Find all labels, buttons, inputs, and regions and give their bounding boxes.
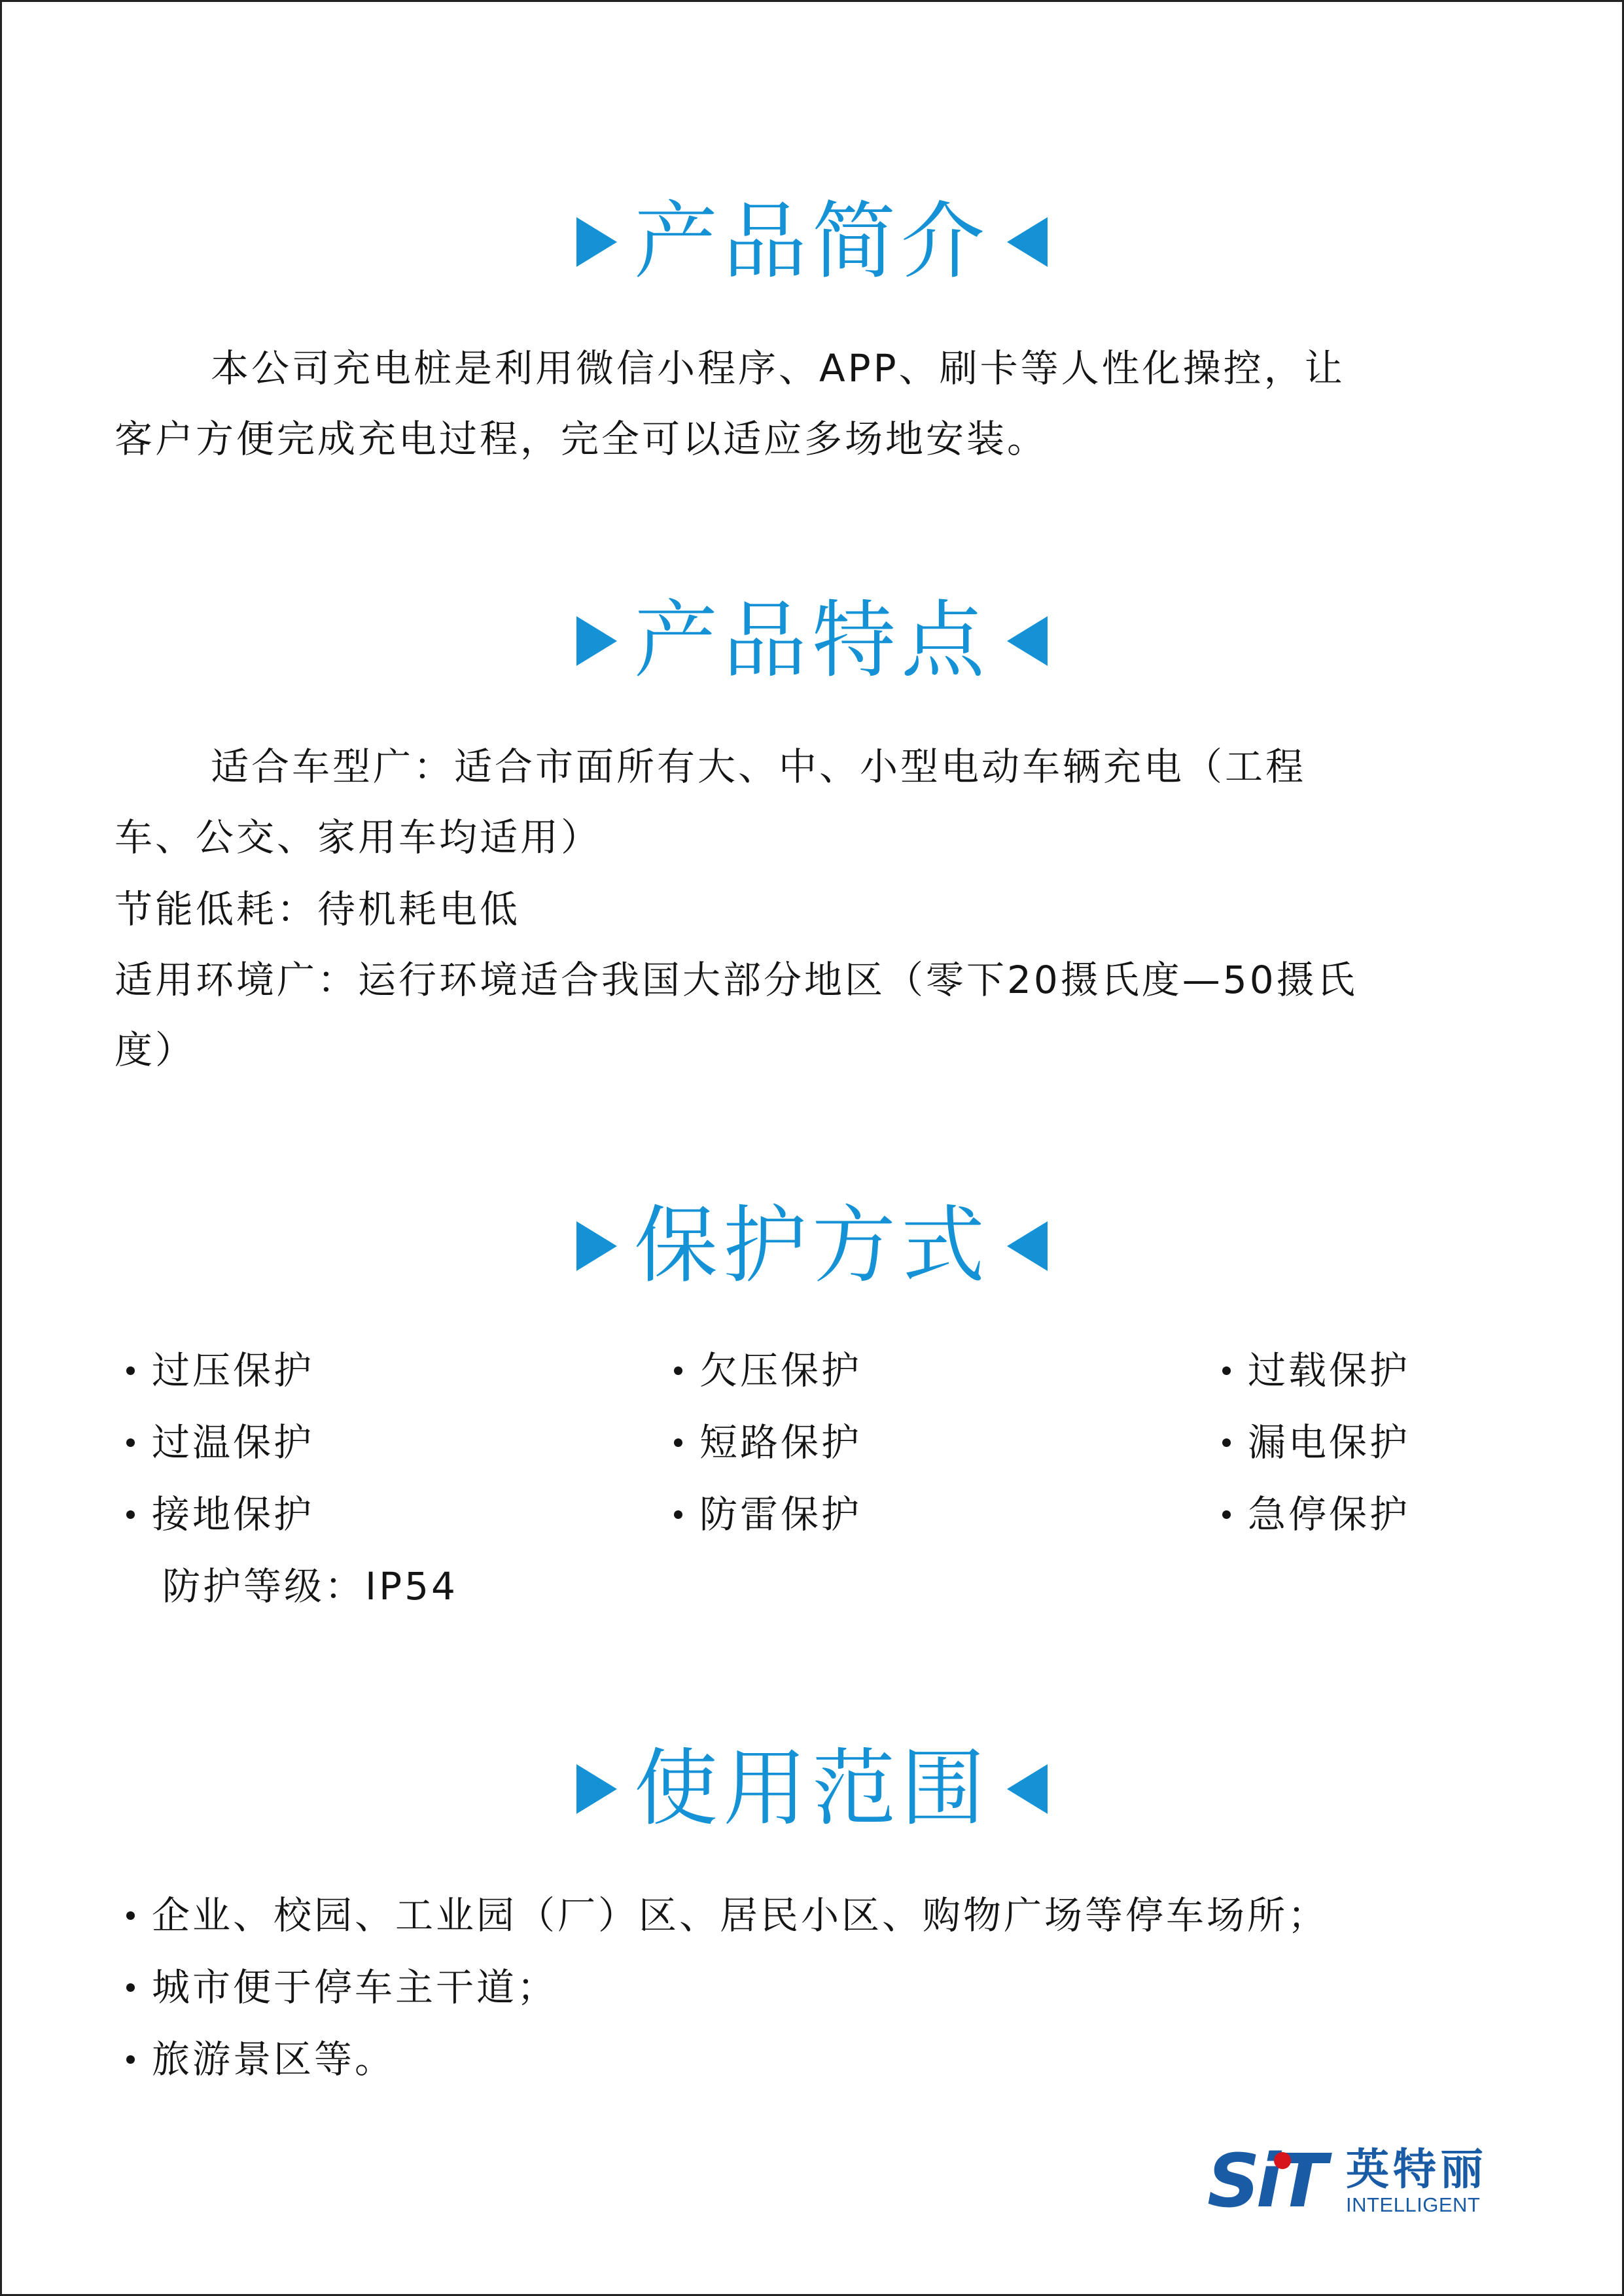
page-border [0, 0, 1624, 2296]
features-line-1: 适合车型广：适合市面所有大、中、小型电动车辆充电（工程 [211, 744, 1306, 790]
usage-item: 城市便于停车主干道； [126, 1964, 557, 2010]
triangle-right-icon [576, 1764, 617, 1814]
triangle-left-icon [1007, 1764, 1048, 1814]
features-line-5: 度） [115, 1027, 196, 1073]
section-heading-protection: 保护方式 [0, 1197, 1624, 1295]
protection-item: 过载保护 [1222, 1348, 1410, 1393]
protection-item: 欠压保护 [674, 1348, 862, 1393]
triangle-right-icon [576, 616, 617, 666]
intro-line-1: 本公司充电桩是利用微信小程序、APP、刷卡等人性化操控，让 [211, 345, 1345, 391]
bullet-icon [126, 1366, 135, 1375]
section-heading-features: 产品特点 [0, 592, 1624, 690]
bullet-icon [126, 1911, 135, 1920]
heading-title: 产品简介 [634, 193, 990, 291]
protection-item: 短路保护 [674, 1419, 862, 1465]
heading-title: 保护方式 [634, 1197, 990, 1295]
section-heading-intro: 产品简介 [0, 193, 1624, 291]
features-line-2: 车、公交、家用车均适用） [115, 814, 601, 860]
company-logo: SiT 英特丽 INTELLIGENT [1207, 2142, 1515, 2221]
bullet-icon [126, 1983, 135, 1992]
triangle-left-icon [1007, 616, 1048, 666]
triangle-left-icon [1007, 217, 1048, 267]
protection-item: 急停保护 [1222, 1491, 1410, 1537]
bullet-icon [674, 1366, 682, 1375]
bullet-icon [1222, 1438, 1231, 1447]
bullet-icon [1222, 1366, 1231, 1375]
intro-line-2: 客户方便完成充电过程，完全可以适应多场地安装。 [115, 416, 1048, 462]
heading-title: 产品特点 [634, 592, 990, 690]
logo-name-en: INTELLIGENT [1346, 2193, 1487, 2217]
triangle-right-icon [576, 217, 617, 267]
features-line-3: 节能低耗：待机耗电低 [115, 886, 520, 932]
features-line-4: 适用环境广：运行环境适合我国大部分地区（零下20摄氏度—50摄氏 [115, 957, 1358, 1003]
triangle-left-icon [1007, 1221, 1048, 1271]
protection-item: 过温保护 [126, 1419, 314, 1465]
usage-item: 旅游景区等。 [126, 2036, 395, 2082]
logo-name-cn: 英特丽 [1346, 2146, 1487, 2193]
bullet-icon [674, 1510, 682, 1519]
protection-rating: 防护等级：IP54 [162, 1563, 458, 1609]
bullet-icon [674, 1438, 682, 1447]
protection-item: 接地保护 [126, 1491, 314, 1537]
bullet-icon [1222, 1510, 1231, 1519]
usage-item: 企业、校园、工业园（厂）区、居民小区、购物广场等停车场所； [126, 1892, 1328, 1938]
sit-logo-icon: SiT [1207, 2146, 1338, 2218]
bullet-icon [126, 1510, 135, 1519]
protection-item: 防雷保护 [674, 1491, 862, 1537]
protection-item: 漏电保护 [1222, 1419, 1410, 1465]
triangle-right-icon [576, 1221, 617, 1271]
protection-item: 过压保护 [126, 1348, 314, 1393]
logo-red-dot [1274, 2152, 1291, 2169]
heading-title: 使用范围 [634, 1740, 990, 1838]
section-heading-usage: 使用范围 [0, 1740, 1624, 1838]
bullet-icon [126, 1438, 135, 1447]
bullet-icon [126, 2055, 135, 2064]
